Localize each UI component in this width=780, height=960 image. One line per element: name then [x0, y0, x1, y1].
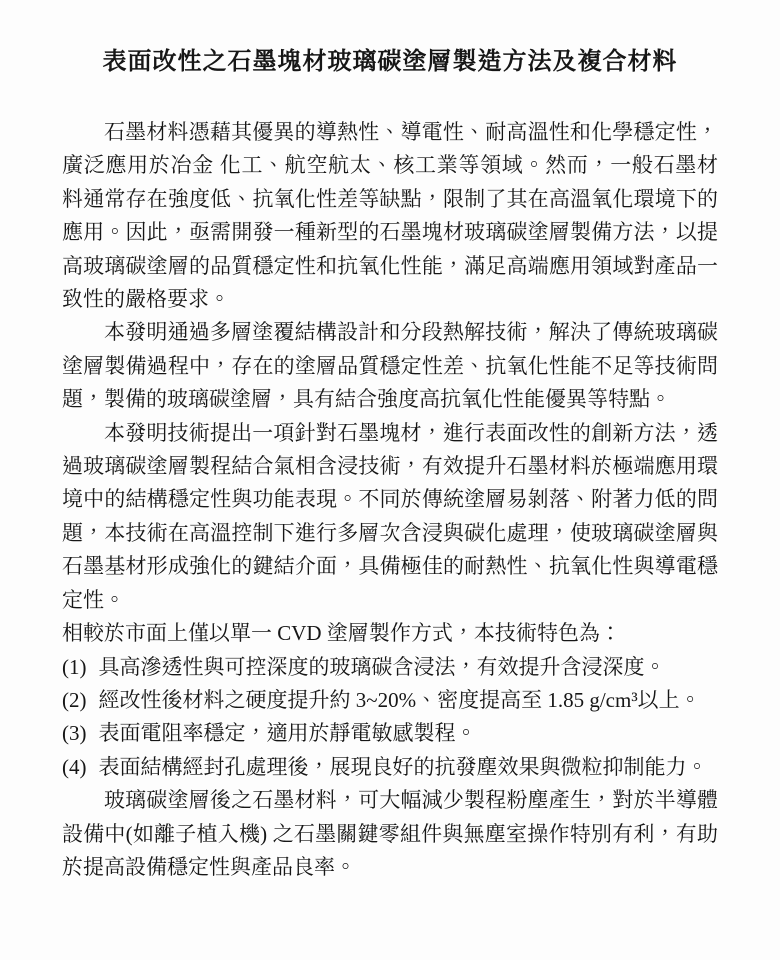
document-title: 表面改性之石墨塊材玻璃碳塗層製造方法及複合材料 — [62, 44, 718, 80]
features-intro: 相較於市面上僅以單一 CVD 塗層製作方式，本技術特色為： — [62, 617, 718, 650]
feature-item-3: (3) 表面電阻率穩定，適用於靜電敏感製程。 — [62, 717, 718, 750]
feature-item-1: (1) 具高滲透性與可控深度的玻璃碳含浸法，有效提升含浸深度。 — [62, 651, 718, 684]
document-page: 表面改性之石墨塊材玻璃碳塗層製造方法及複合材料 石墨材料憑藉其優異的導熱性、導電… — [0, 0, 780, 960]
feature-text: 表面電阻率穩定，適用於靜電敏感製程。 — [99, 717, 719, 750]
feature-item-2: (2) 經改性後材料之硬度提升約 3~20%、密度提高至 1.85 g/cm³以… — [62, 684, 718, 717]
paragraph-closing: 玻璃碳塗層後之石墨材料，可大幅減少製程粉塵產生，對於半導體設備中(如離子植入機)… — [62, 784, 718, 884]
paragraph-method-detail: 本發明技術提出一項針對石墨塊材，進行表面改性的創新方法，透過玻璃碳塗層製程結合氣… — [62, 417, 718, 617]
feature-marker: (3) — [62, 717, 87, 750]
document-body: 石墨材料憑藉其優異的導熱性、導電性、耐高溫性和化學穩定性，廣泛應用於冶金 化工、… — [62, 116, 718, 884]
feature-marker: (1) — [62, 651, 87, 684]
feature-marker: (2) — [62, 684, 87, 717]
paragraph-invention-summary: 本發明通過多層塗覆結構設計和分段熱解技術，解決了傳統玻璃碳塗層製備過程中，存在的… — [62, 316, 718, 416]
feature-text: 具高滲透性與可控深度的玻璃碳含浸法，有效提升含浸深度。 — [99, 651, 719, 684]
paragraph-background: 石墨材料憑藉其優異的導熱性、導電性、耐高溫性和化學穩定性，廣泛應用於冶金 化工、… — [62, 116, 718, 316]
feature-item-4: (4) 表面結構經封孔處理後，展現良好的抗發塵效果與微粒抑制能力。 — [62, 751, 718, 784]
feature-marker: (4) — [62, 751, 87, 784]
feature-text: 經改性後材料之硬度提升約 3~20%、密度提高至 1.85 g/cm³以上。 — [99, 684, 719, 717]
feature-text: 表面結構經封孔處理後，展現良好的抗發塵效果與微粒抑制能力。 — [99, 751, 719, 784]
